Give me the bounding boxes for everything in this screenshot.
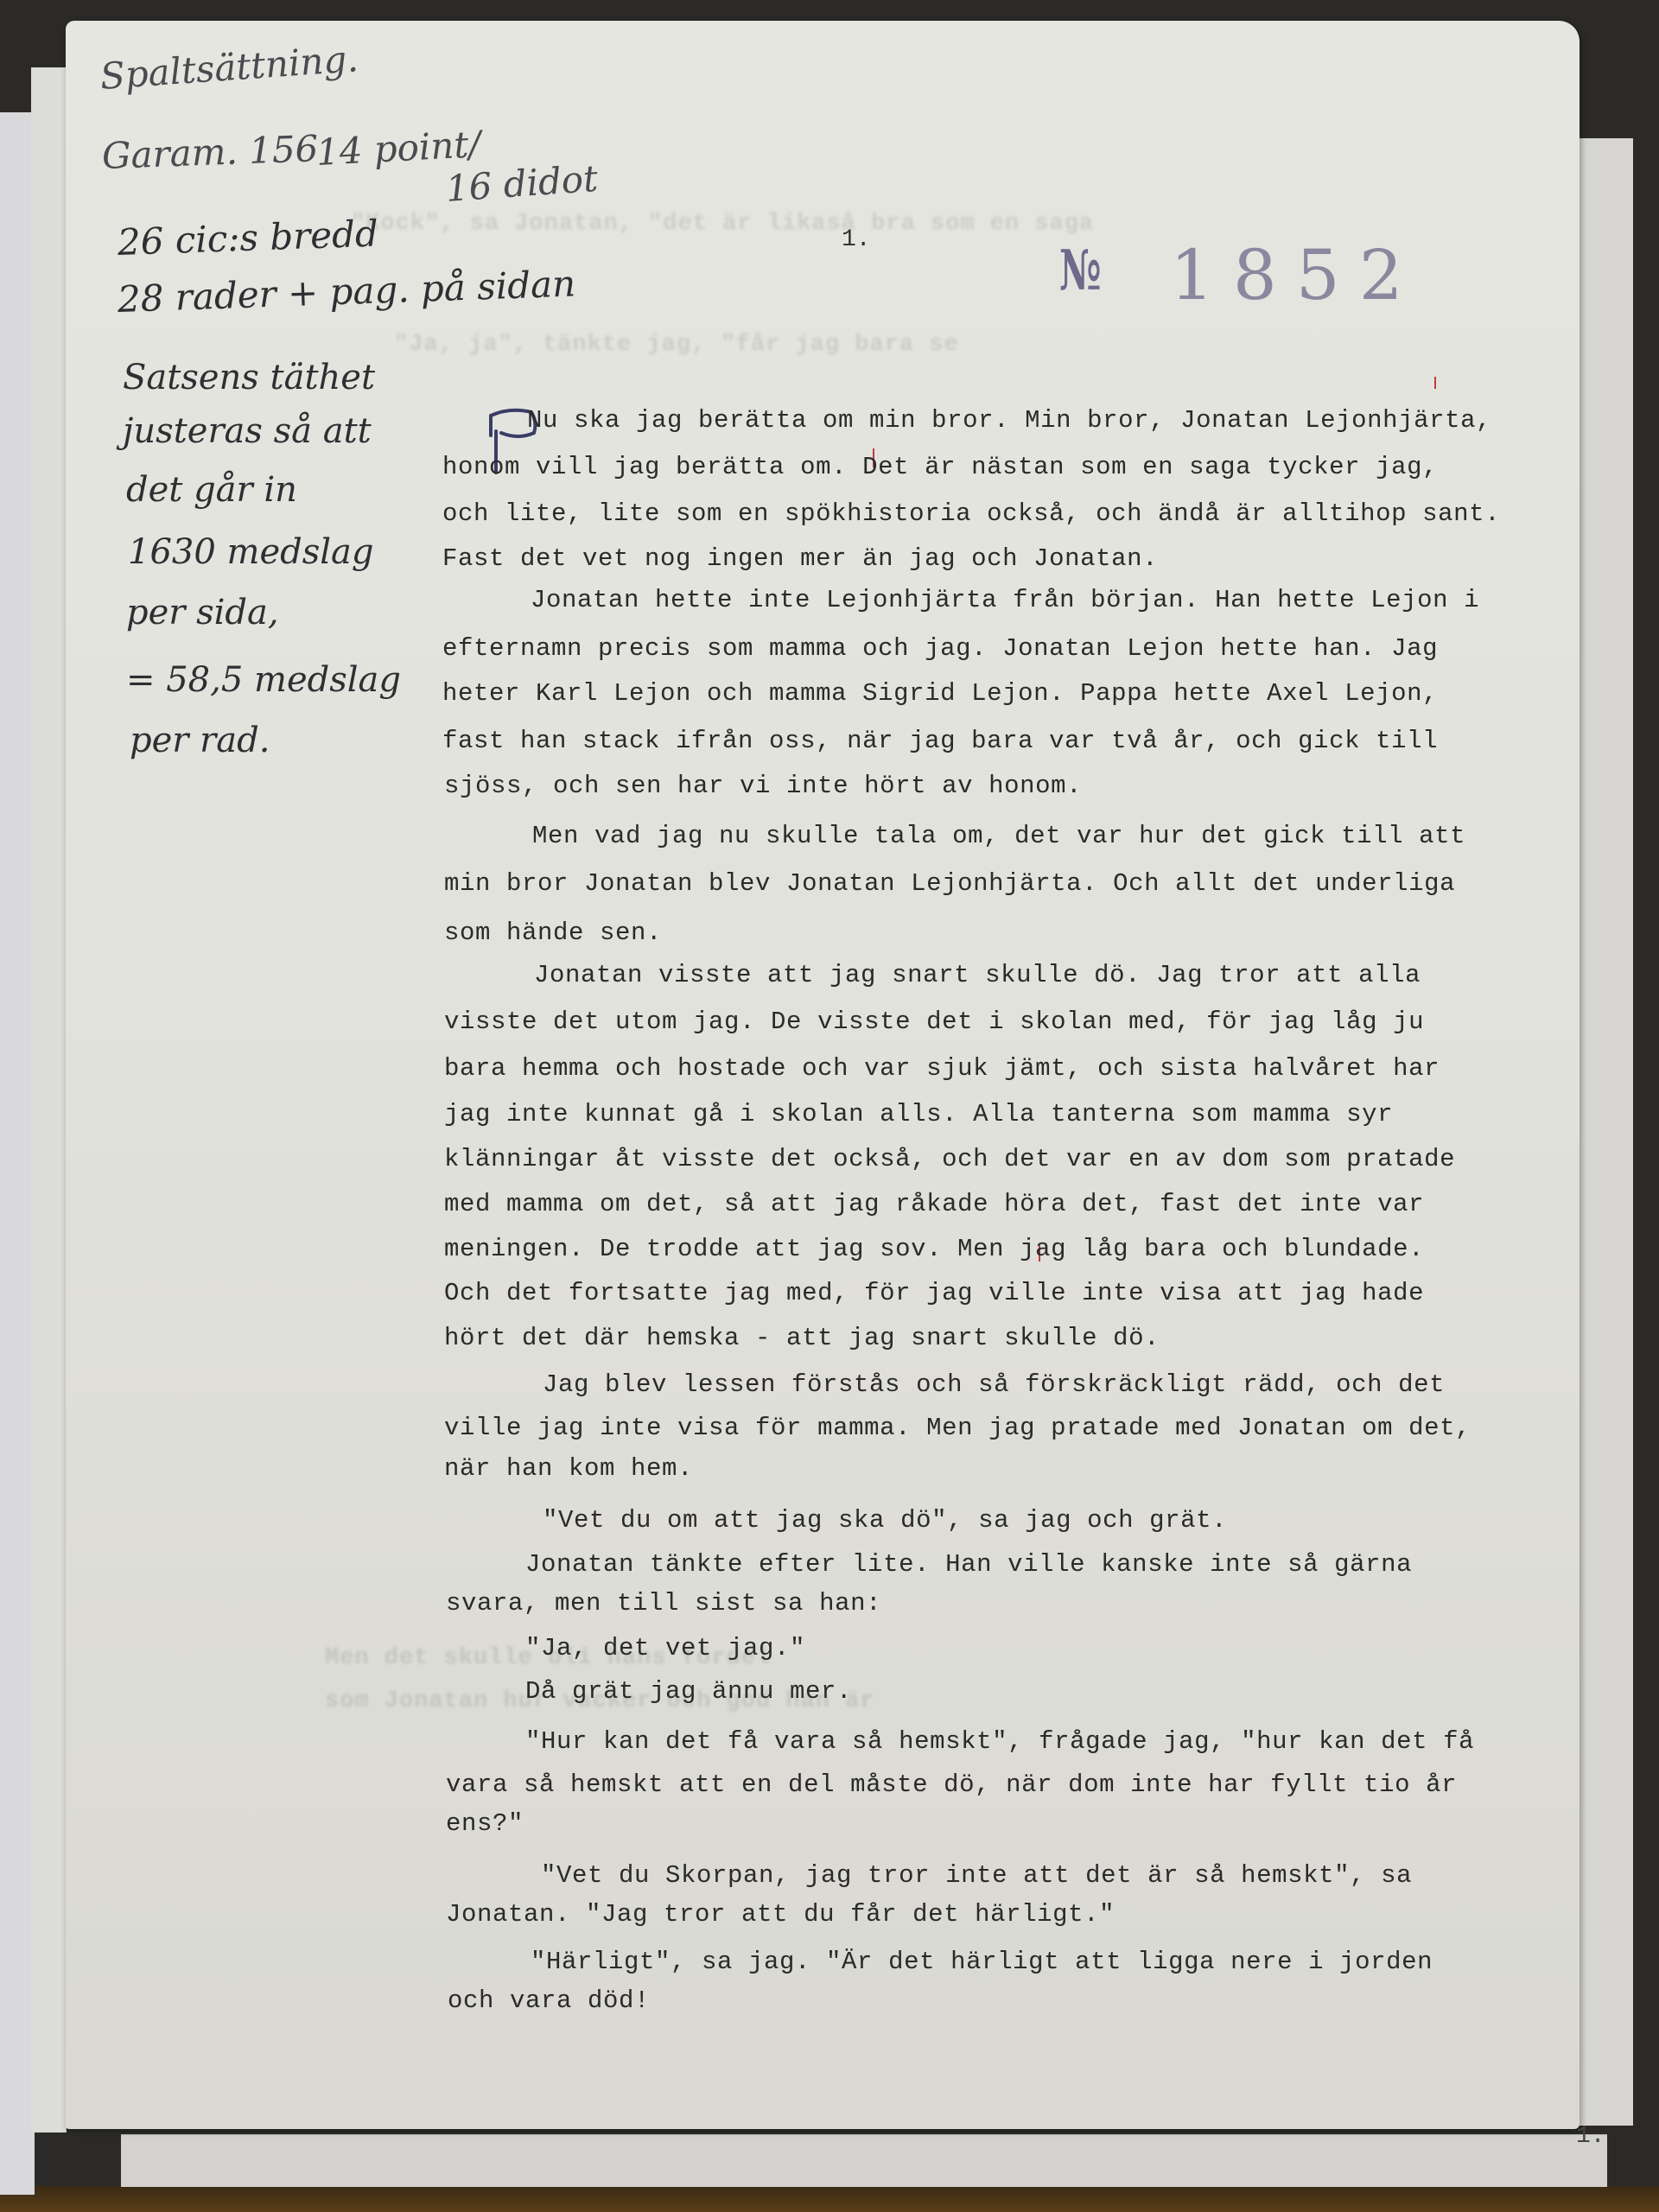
handwritten-note: 1630 medslag <box>128 532 374 572</box>
typed-line: med mamma om det, så att jag råkade höra… <box>444 1190 1424 1218</box>
typed-line: min bror Jonatan blev Jonatan Lejonhjärt… <box>444 869 1455 898</box>
handwritten-note: 28 rader + pag. på sidan <box>117 263 576 321</box>
typed-line: Jonatan tänkte efter lite. Han ville kan… <box>525 1550 1412 1579</box>
underlying-sheet-left <box>0 112 35 2195</box>
underlying-sheet-bottom <box>121 2134 1607 2187</box>
table-surface <box>0 2186 1659 2212</box>
typed-line: Jonatan visste att jag snart skulle dö. … <box>534 961 1421 989</box>
stamp-number: 1852 <box>1170 235 1422 315</box>
typed-line: jag inte kunnat gå i skolan alls. Alla t… <box>444 1100 1393 1128</box>
handwritten-note: Satsens täthet <box>123 358 375 397</box>
typed-line: meningen. De trodde att jag sov. Men jag… <box>444 1235 1424 1263</box>
handwritten-note: det går in <box>126 470 297 510</box>
handwritten-note: = 58,5 medslag <box>126 660 401 700</box>
typed-line: Jonatan. "Jag tror att du får det härlig… <box>446 1900 1115 1929</box>
stamp-numero-sign: № <box>1059 238 1102 303</box>
typed-line: bara hemma och hostade och var sjuk jämt… <box>444 1054 1440 1083</box>
underlying-sheet-left-2 <box>31 67 67 2133</box>
handwritten-note: Garam. 156 <box>101 127 319 177</box>
typed-line: efternamn precis som mamma och jag. Jona… <box>442 634 1438 663</box>
typed-line: Fast det vet nog ingen mer än jag och Jo… <box>442 544 1158 573</box>
typed-line: "Vet du Skorpan, jag tror inte att det ä… <box>541 1861 1412 1890</box>
handwritten-note: per rad. <box>130 721 270 760</box>
bleed-through-line: "Kock", sa Jonatan, "det är likaså bra s… <box>351 211 1094 237</box>
typed-line: Jag blev lessen förstås och så förskräck… <box>543 1370 1445 1399</box>
typed-line: fast han stack ifrån oss, när jag bara v… <box>442 727 1438 755</box>
red-proof-mark <box>1434 377 1436 389</box>
typed-line: "Ja, det vet jag." <box>525 1634 805 1662</box>
typed-line: svara, men till sist sa han: <box>446 1589 881 1618</box>
typed-line: Jonatan hette inte Lejonhjärta från börj… <box>531 586 1479 614</box>
typed-line: klänningar åt visste det också, och det … <box>444 1145 1455 1173</box>
typed-line: Då grät jag ännu mer. <box>525 1677 852 1706</box>
typed-line: när han kom hem. <box>444 1454 693 1483</box>
typed-line: hört det där hemska - att jag snart skul… <box>444 1324 1160 1352</box>
typed-line: och lite, lite som en spökhistoria också… <box>442 499 1500 528</box>
page-number-top: 1. <box>842 226 871 253</box>
typed-line: vara så hemskt att en del måste dö, när … <box>446 1770 1457 1799</box>
handwritten-note: justeras så att <box>123 411 372 451</box>
typed-line: "Hur kan det få vara så hemskt", frågade… <box>525 1727 1474 1756</box>
typed-line: "Vet du om att jag ska dö", sa jag och g… <box>543 1506 1227 1535</box>
bleed-through-line: "Ja, ja", tänkte jag, "får jag bara se <box>394 332 959 358</box>
handwritten-note: Spaltsättning. <box>99 37 359 98</box>
typed-line: som hände sen. <box>444 918 662 947</box>
typed-line: visste det utom jag. De visste det i sko… <box>444 1007 1424 1036</box>
page-number-bottom: 1. <box>1576 2123 1605 2150</box>
typed-line: honom vill jag berätta om. Det är nästan… <box>442 453 1438 481</box>
typed-line: "Härligt", sa jag. "Är det härligt att l… <box>531 1948 1433 1976</box>
typed-line: och vara död! <box>448 1986 650 2015</box>
typed-line: sjöss, och sen har vi inte hört av honom… <box>444 772 1082 800</box>
typed-line: Nu ska jag berätta om min bror. Min bror… <box>527 406 1491 435</box>
typed-line: ens?" <box>446 1809 524 1838</box>
typed-line: Men vad jag nu skulle tala om, det var h… <box>532 822 1465 850</box>
typed-line: heter Karl Lejon och mamma Sigrid Lejon.… <box>442 679 1438 708</box>
manuscript-page: "Kock", sa Jonatan, "det är likaså bra s… <box>66 21 1580 2129</box>
typed-line: Och det fortsatte jag med, för jag ville… <box>444 1279 1424 1307</box>
handwritten-note: 26 cic:s bredd <box>117 212 378 264</box>
handwritten-note: per sida, <box>126 593 279 632</box>
typed-line: ville jag inte visa för mamma. Men jag p… <box>444 1414 1471 1442</box>
